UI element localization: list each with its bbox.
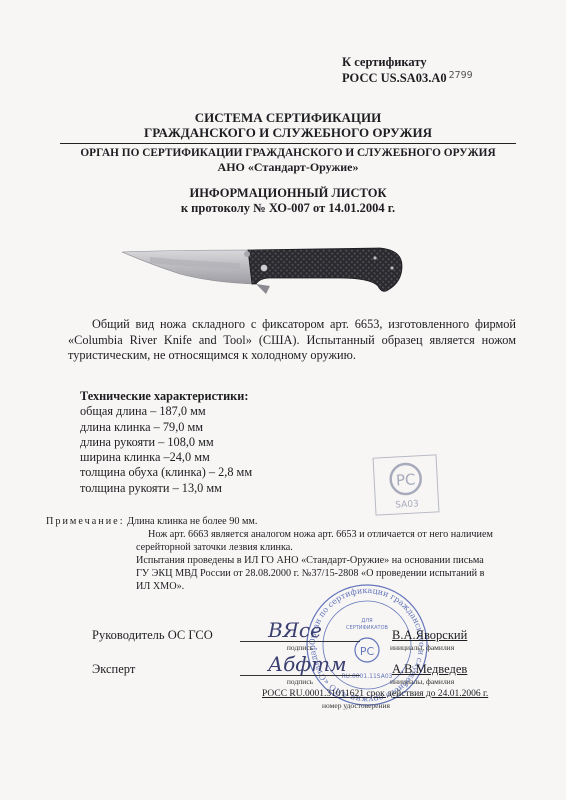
signature-line — [240, 641, 360, 642]
note-line: Нож арт. 6663 является аналогом ножа арт… — [46, 528, 516, 541]
spec-item: длина клинка – 79,0 мм — [80, 420, 252, 435]
signatory-role: Руководитель ОС ГСО — [92, 628, 213, 643]
spec-item: толщина обуха (клинка) – 2,8 мм — [80, 465, 252, 480]
notes-label: Примечание: — [46, 516, 125, 527]
svg-text:PC: PC — [396, 471, 416, 490]
spec-item: ширина клинка –24,0 мм — [80, 450, 252, 465]
spec-item: толщина рукояти – 13,0 мм — [80, 481, 252, 496]
certificate-reference: К сертификату РОСС US.SA03.A02799 — [342, 55, 473, 85]
registration-number: РОСС RU.0001.31011621 срок действия до 2… — [262, 689, 488, 699]
organ-header: ОРГАН ПО СЕРТИФИКАЦИИ ГРАЖДАНСКОГО И СЛУ… — [60, 146, 516, 174]
svg-text:PC: PC — [360, 645, 375, 658]
name-caption: инициалы, фамилия — [390, 643, 454, 652]
signatory-name: В.А.Яворский — [392, 628, 467, 643]
signature-scribble: ВЯсе — [268, 618, 322, 642]
rst-logo-icon: PC SA03 — [374, 455, 439, 514]
notes-section: Примечание: Длина клинка не более 90 мм.… — [46, 515, 516, 593]
stamp-center-top: ДЛЯ — [361, 618, 372, 624]
specs-title: Технические характеристики: — [80, 389, 252, 404]
system-line1: СИСТЕМА СЕРТИФИКАЦИИ — [60, 110, 516, 125]
intro-paragraph: Общий вид ножа складного с фиксатором ар… — [68, 317, 516, 364]
organ-line2: АНО «Стандарт-Оружие» — [60, 160, 516, 174]
note-line: ГУ ЭКЦ МВД России от 28.08.2000 г. №37/1… — [46, 567, 516, 580]
note-line: Испытания проведены в ИЛ ГО АНО «Стандар… — [46, 554, 516, 567]
spec-item: общая длина – 187,0 мм — [80, 404, 252, 419]
note-line: ИЛ ХМО». — [46, 580, 516, 593]
knife-photo — [120, 238, 420, 308]
system-line2: ГРАЖДАНСКОГО И СЛУЖЕБНОГО ОРУЖИЯ — [60, 125, 516, 141]
signature-caption: подпись — [240, 677, 360, 686]
stamp-center-mid: СЕРТИФИКАТОВ — [346, 625, 388, 631]
signatory-name: А.В.Медведев — [392, 662, 467, 677]
signature-line — [240, 675, 360, 676]
certification-mark: PC SA03 — [373, 454, 440, 515]
document-title: ИНФОРМАЦИОННЫЙ ЛИСТОК к протоколу № ХО-0… — [60, 186, 516, 216]
registration-caption: номер удостоверения — [322, 701, 390, 710]
signature-scribble: Абфтм — [268, 652, 347, 676]
cert-ref-line2: РОСС US.SA03.A0 — [342, 71, 447, 85]
technical-specs: Технические характеристики: общая длина … — [80, 389, 252, 496]
signature-caption: подпись — [240, 643, 360, 652]
system-header: СИСТЕМА СЕРТИФИКАЦИИ ГРАЖДАНСКОГО И СЛУЖ… — [60, 110, 516, 141]
signatory-role: Эксперт — [92, 662, 135, 677]
handwritten-number: 2799 — [449, 70, 473, 81]
cert-mark-code: SA03 — [395, 499, 419, 510]
note-line: серейторной заточки лезвия клинка. — [46, 541, 516, 554]
certificate-info-sheet: К сертификату РОСС US.SA03.A02799 СИСТЕМ… — [0, 0, 566, 800]
note-line: Длина клинка не более 90 мм. — [127, 516, 257, 527]
title-line2: к протоколу № ХО-007 от 14.01.2004 г. — [60, 201, 516, 216]
title-line1: ИНФОРМАЦИОННЫЙ ЛИСТОК — [60, 186, 516, 201]
cert-ref-line1: К сертификату — [342, 55, 473, 69]
header-divider — [60, 143, 516, 144]
spec-item: длина рукояти – 108,0 мм — [80, 435, 252, 450]
name-caption: инициалы, фамилия — [390, 677, 454, 686]
organ-line1: ОРГАН ПО СЕРТИФИКАЦИИ ГРАЖДАНСКОГО И СЛУ… — [60, 146, 516, 160]
